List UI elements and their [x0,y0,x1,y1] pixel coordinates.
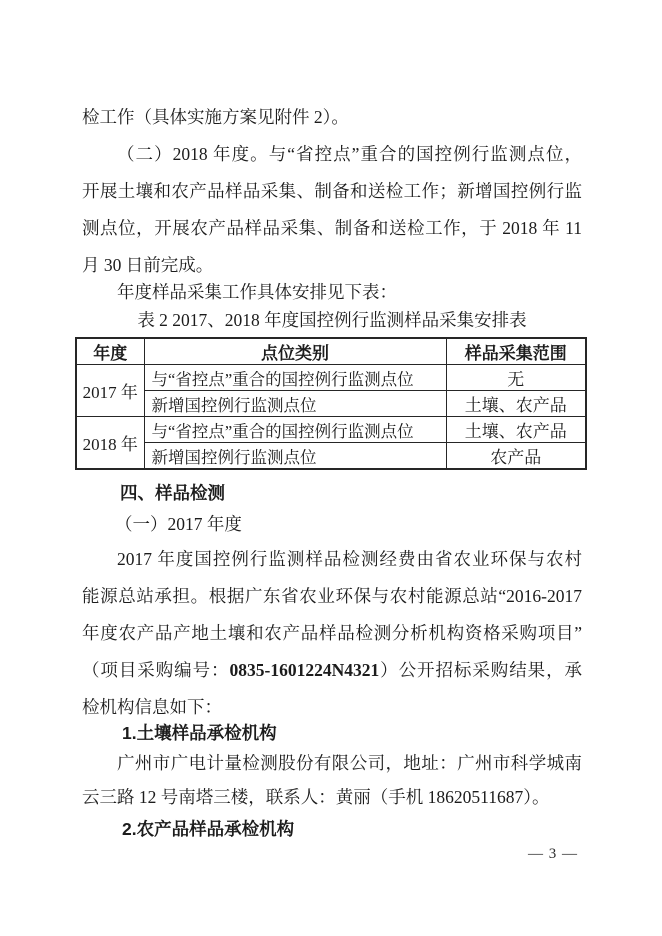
procurement-code-prefix: （项目采购编号： [82,660,230,680]
table-cell-scope: 土壤、农产品 [446,417,586,443]
table-caption: 表 2 2017、2018 年度国控例行监测样品采集安排表 [82,306,582,334]
table-header-row: 年度 点位类别 样品采集范围 [76,338,586,365]
table-cell-scope: 农产品 [446,443,586,470]
paragraph-2017-line-2: 能源总站承担。根据广东省农业环保与农村能源总站“2016-2017 [82,578,582,615]
procurement-code-suffix: ）公开招标采购结果，承 [379,660,582,680]
table-header-category: 点位类别 [144,338,446,365]
table-cell-year-2017: 2017 年 [76,365,144,417]
table-cell-category: 新增国控例行监测点位 [144,391,446,417]
table-row: 新增国控例行监测点位 土壤、农产品 [76,391,586,417]
item-heading-soil-agency: 1.土壤样品承检机构 [82,720,582,746]
page-number: — 3 — [528,846,578,863]
table-cell-category: 与“省控点”重合的国控例行监测点位 [144,417,446,443]
subsection-heading-2017: （一）2017 年度 [82,508,582,541]
table-header-scope: 样品采集范围 [446,338,586,365]
table-row: 2018 年 与“省控点”重合的国控例行监测点位 土壤、农产品 [76,417,586,443]
table-row: 2017 年 与“省控点”重合的国控例行监测点位 无 [76,365,586,391]
paragraph-2018-line-3: 测点位，开展农产品样品采集、制备和送检工作，于 2018 年 11 [82,210,582,247]
table-cell-scope: 无 [446,365,586,391]
sampling-schedule-table: 年度 点位类别 样品采集范围 2017 年 与“省控点”重合的国控例行监测点位 … [75,337,587,470]
paragraph-continuation-line: 检工作（具体实施方案见附件 2）。 [82,99,582,136]
item-heading-produce-agency: 2.农产品样品承检机构 [82,816,582,842]
paragraph-2017-line-4: （项目采购编号：0835-1601224N4321）公开招标采购结果，承 [82,652,582,689]
table-cell-year-2018: 2018 年 [76,417,144,470]
table-header-year: 年度 [76,338,144,365]
table-cell-scope: 土壤、农产品 [446,391,586,417]
table-cell-category: 新增国控例行监测点位 [144,443,446,470]
paragraph-2017-line-1: 2017 年度国控例行监测样品检测经费由省农业环保与农村 [82,541,582,578]
table-row: 新增国控例行监测点位 农产品 [76,443,586,470]
table-intro-line: 年度样品采集工作具体安排见下表： [82,278,582,306]
paragraph-2017-line-3: 年度农产品产地土壤和农产品样品检测分析机构资格采购项目” [82,615,582,652]
document-body: 检工作（具体实施方案见附件 2）。 （二）2018 年度。与“省控点”重合的国控… [82,99,582,842]
paragraph-2018-line-1: （二）2018 年度。与“省控点”重合的国控例行监测点位， [82,136,582,173]
table-cell-category: 与“省控点”重合的国控例行监测点位 [144,365,446,391]
section-heading-4: 四、样品检测 [82,478,582,508]
agency-info-line-1: 广州市广电计量检测股份有限公司，地址：广州市科学城南 [82,746,582,780]
document-page: 检工作（具体实施方案见附件 2）。 （二）2018 年度。与“省控点”重合的国控… [0,0,662,936]
paragraph-2018-line-2: 开展土壤和农产品样品采集、制备和送检工作；新增国控例行监 [82,173,582,210]
agency-info-line-2: 云三路 12 号南塔三楼，联系人：黄丽（手机 18620511687）。 [82,780,582,814]
procurement-code: 0835-1601224N4321 [230,660,380,680]
